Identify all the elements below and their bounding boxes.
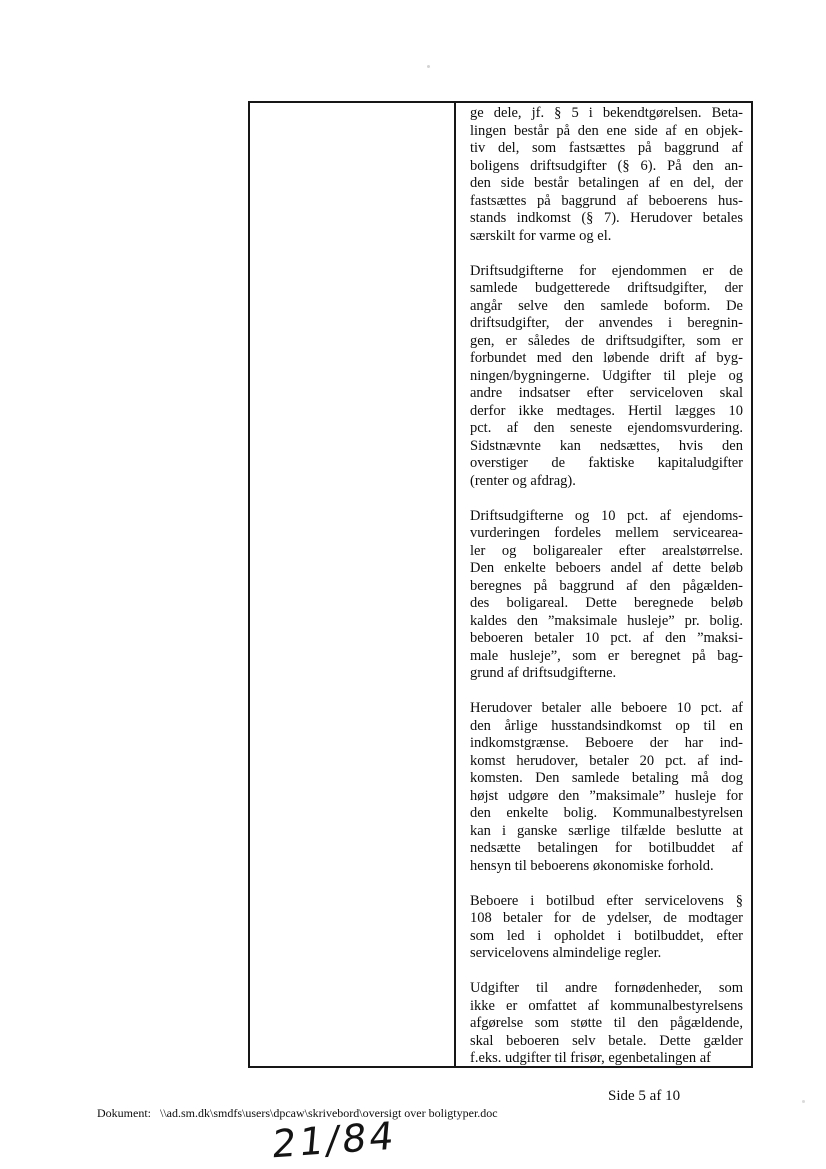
text-line: beboeren betaler 10 pct. af den ”maksi- bbox=[470, 630, 743, 648]
document-page: { "document": { "table": { "left_column_… bbox=[0, 0, 826, 1169]
handwritten-page-number: 21/84 bbox=[270, 1112, 398, 1167]
text-line: kan i ganske særlige tilfælde beslutte a… bbox=[470, 823, 743, 841]
text-line: ge dele, jf. § 5 i bekendtgørelsen. Beta… bbox=[470, 105, 743, 123]
document-path-label: Dokument: bbox=[97, 1106, 151, 1120]
text-line: 108 betaler for de ydelser, de modtager bbox=[470, 910, 743, 928]
paragraph: ge dele, jf. § 5 i bekendtgørelsen. Beta… bbox=[470, 105, 743, 245]
text-line: samlede budgetterede driftsudgifter, der bbox=[470, 280, 743, 298]
text-line: (renter og afdrag). bbox=[470, 473, 743, 491]
text-line: afgørelse som støtte til den pågældende, bbox=[470, 1015, 743, 1033]
text-line: Driftsudgifterne for ejendommen er de bbox=[470, 263, 743, 281]
text-line: grund af driftsudgifterne. bbox=[470, 665, 743, 683]
text-line: tiv del, som fastsættes på baggrund af bbox=[470, 140, 743, 158]
text-line: des boligareal. Dette beregnede beløb bbox=[470, 595, 743, 613]
scan-speck bbox=[802, 1100, 805, 1103]
text-line: f.eks. udgifter til frisør, egenbetaling… bbox=[470, 1050, 743, 1066]
text-line: den enkelte bolig. Kommunalbestyrelsen bbox=[470, 805, 743, 823]
paragraph: Beboere i botilbud efter servicelovens §… bbox=[470, 893, 743, 963]
text-line: lingen består på den ene side af en obje… bbox=[470, 123, 743, 141]
paragraph: Driftsudgifterne og 10 pct. af ejendoms-… bbox=[470, 508, 743, 683]
text-line: gen, er således de driftsudgifter, som e… bbox=[470, 333, 743, 351]
text-line: forbundet med den løbende drift af byg- bbox=[470, 350, 743, 368]
text-line: Driftsudgifterne og 10 pct. af ejendoms- bbox=[470, 508, 743, 526]
text-line: Beboere i botilbud efter servicelovens § bbox=[470, 893, 743, 911]
text-line: den side består betalingen af en del, de… bbox=[470, 175, 743, 193]
text-line: nedsætte betalingen for botilbuddet af bbox=[470, 840, 743, 858]
text-line: komst herudover, betaler 20 pct. af ind- bbox=[470, 753, 743, 771]
text-line: indkomstgrænse. Beboere der har ind- bbox=[470, 735, 743, 753]
scan-speck bbox=[427, 65, 430, 68]
text-line: andre indsatser efter serviceloven skal bbox=[470, 385, 743, 403]
text-line: overstiger de faktiske kapitaludgifter bbox=[470, 455, 743, 473]
text-line: Sidstnævnte kan nedsættes, hvis den bbox=[470, 438, 743, 456]
text-line: som led i opholdet i botilbuddet, efter bbox=[470, 928, 743, 946]
text-line: fastsættes på baggrund af beboerens hus- bbox=[470, 193, 743, 211]
text-line: boligens driftsudgifter (§ 6). På den an… bbox=[470, 158, 743, 176]
table-cell-right: ge dele, jf. § 5 i bekendtgørelsen. Beta… bbox=[458, 103, 751, 1066]
text-line: ikke er omfattet af kommunalbestyrelsens bbox=[470, 998, 743, 1016]
text-line: hensyn til beboerens økonomiske forhold. bbox=[470, 858, 743, 876]
text-line: særskilt for varme og el. bbox=[470, 228, 743, 246]
text-line: beregnes på baggrund af den pågælden- bbox=[470, 578, 743, 596]
content-table: ge dele, jf. § 5 i bekendtgørelsen. Beta… bbox=[248, 101, 753, 1068]
text-line: ningen/bygningerne. Udgifter til pleje o… bbox=[470, 368, 743, 386]
text-line: den årlige husstandsindkomst op til en bbox=[470, 718, 743, 736]
text-line: ler og boligarealer efter arealstørrelse… bbox=[470, 543, 743, 561]
text-line: højst udgøre den ”maksimale” husleje for bbox=[470, 788, 743, 806]
text-line: derfor ikke medtages. Hertil lægges 10 bbox=[470, 403, 743, 421]
text-line: kaldes den ”maksimale husleje” pr. bolig… bbox=[470, 613, 743, 631]
page-number-indicator: Side 5 af 10 bbox=[608, 1088, 754, 1105]
text-line: Udgifter til andre fornødenheder, som bbox=[470, 980, 743, 998]
text-line: skal beboeren selv betale. Dette gælder bbox=[470, 1033, 743, 1051]
text-line: stands indkomst (§ 7). Herudover betales bbox=[470, 210, 743, 228]
text-line: driftsudgifter, der anvendes i beregnin- bbox=[470, 315, 743, 333]
text-line: Herudover betaler alle beboere 10 pct. a… bbox=[470, 700, 743, 718]
text-line: Den enkelte beboers andel af dette beløb bbox=[470, 560, 743, 578]
text-line: male husleje”, som er beregnet på bag- bbox=[470, 648, 743, 666]
table-cell-left bbox=[250, 103, 456, 1066]
paragraph: Herudover betaler alle beboere 10 pct. a… bbox=[470, 700, 743, 875]
paragraph: Udgifter til andre fornødenheder, somikk… bbox=[470, 980, 743, 1066]
text-line: servicelovens almindelige regler. bbox=[470, 945, 743, 963]
paragraph: Driftsudgifterne for ejendommen er desam… bbox=[470, 263, 743, 491]
text-line: vurderingen fordeles mellem servicearea- bbox=[470, 525, 743, 543]
text-line: komsten. Den samlede betaling må dog bbox=[470, 770, 743, 788]
text-line: angår selve den samlede boform. De bbox=[470, 298, 743, 316]
text-line: pct. af den seneste ejendomsvurdering. bbox=[470, 420, 743, 438]
